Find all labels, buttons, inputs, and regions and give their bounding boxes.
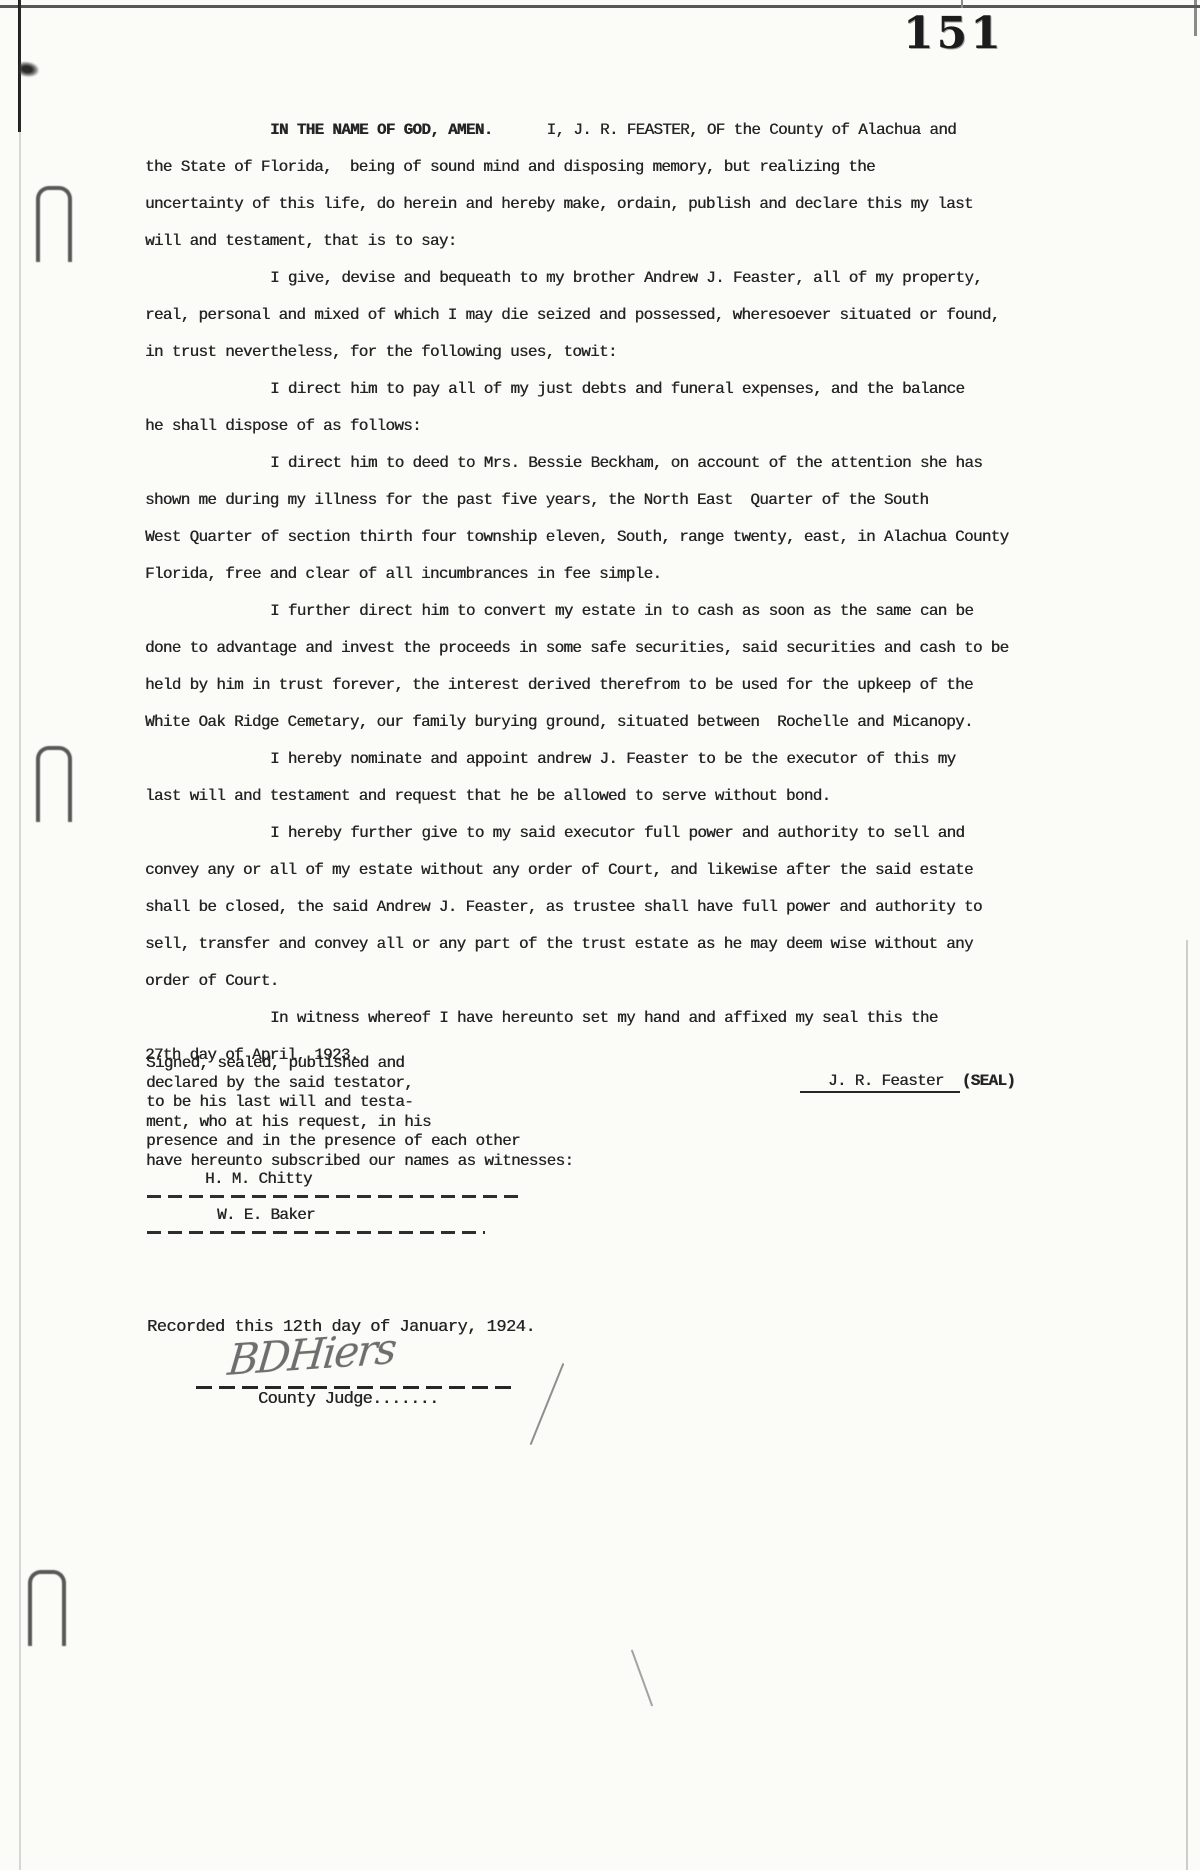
document-line: ment, who at his request, in his <box>146 1113 666 1133</box>
right-top-edge-mark <box>1194 0 1197 36</box>
document-line: presence and in the presence of each oth… <box>146 1132 666 1152</box>
judge-signature-line <box>196 1386 518 1389</box>
document-line: have hereunto subscribed our names as wi… <box>146 1152 666 1172</box>
document-line: White Oak Ridge Cemetary, our family bur… <box>145 704 1025 741</box>
document-line: I direct him to deed to Mrs. Bessie Beck… <box>145 445 1025 482</box>
document-line: I further direct him to convert my estat… <box>145 593 1025 630</box>
document-line: the State of Florida, being of sound min… <box>145 149 1025 186</box>
scanned-will-page: 151 IN THE NAME OF GOD, AMEN.I, J. R. FE… <box>0 0 1200 1870</box>
attestation-clause: Signed, sealed, published anddeclared by… <box>146 1054 666 1171</box>
top-tick-mark <box>961 0 963 8</box>
document-line: I hereby nominate and appoint andrew J. … <box>145 741 1025 778</box>
document-line: done to advantage and invest the proceed… <box>145 630 1025 667</box>
binder-clasp-top <box>36 186 72 262</box>
invocation-heading: IN THE NAME OF GOD, AMEN. <box>270 121 493 139</box>
document-line: uncertainty of this life, do herein and … <box>145 186 1025 223</box>
document-line: convey any or all of my estate without a… <box>145 852 1025 889</box>
binder-clasp-middle <box>36 746 72 822</box>
stray-pen-stroke <box>631 1649 653 1706</box>
document-line: order of Court. <box>145 963 1025 1000</box>
right-page-edge <box>1186 940 1188 1870</box>
document-line: he shall dispose of as follows: <box>145 408 1025 445</box>
document-line: shall be closed, the said Andrew J. Feas… <box>145 889 1025 926</box>
document-line: held by him in trust forever, the intere… <box>145 667 1025 704</box>
ink-smudge <box>18 61 40 79</box>
binder-clasp-bottom <box>28 1570 66 1646</box>
document-line: in trust nevertheless, for the following… <box>145 334 1025 371</box>
document-line: real, personal and mixed of which I may … <box>145 297 1025 334</box>
witness-signature: W. E. Baker <box>147 1206 485 1234</box>
document-line: I give, devise and bequeath to my brothe… <box>145 260 1025 297</box>
document-line: will and testament, that is to say: <box>145 223 1025 260</box>
county-judge-handwritten-signature: BDHiers <box>226 1324 398 1385</box>
opening-continuation: I, J. R. FEASTER, OF the County of Alach… <box>547 121 956 139</box>
document-line: I hereby further give to my said executo… <box>145 815 1025 852</box>
document-line: West Quarter of section thirth four town… <box>145 519 1025 556</box>
document-line: In witness whereof I have hereunto set m… <box>145 1000 1025 1037</box>
document-line: Florida, free and clear of all incumbran… <box>145 556 1025 593</box>
document-line: declared by the said testator, <box>146 1074 666 1094</box>
document-line: shown me during my illness for the past … <box>145 482 1025 519</box>
page-number: 151 <box>903 8 1004 59</box>
document-line: last will and testament and request that… <box>145 778 1025 815</box>
county-judge-title: County Judge....... <box>258 1390 439 1409</box>
page-top-edge-line <box>0 5 1200 8</box>
document-line: I direct him to pay all of my just debts… <box>145 371 1025 408</box>
document-line: to be his last will and testa- <box>146 1093 666 1113</box>
will-body-text: IN THE NAME OF GOD, AMEN.I, J. R. FEASTE… <box>145 112 1025 1074</box>
witness-signature: H. M. Chitty <box>147 1170 519 1198</box>
testator-signature-block: J. R. Feaster(SEAL) <box>800 1072 1015 1093</box>
testator-signature: J. R. Feaster <box>800 1072 960 1093</box>
stray-pen-stroke <box>530 1363 565 1445</box>
seal-label: (SEAL) <box>962 1072 1015 1090</box>
document-line: Signed, sealed, published and <box>146 1054 666 1074</box>
document-opening-line: IN THE NAME OF GOD, AMEN.I, J. R. FEASTE… <box>145 112 1025 149</box>
document-line: sell, transfer and convey all or any par… <box>145 926 1025 963</box>
left-binding-edge <box>19 0 21 1870</box>
